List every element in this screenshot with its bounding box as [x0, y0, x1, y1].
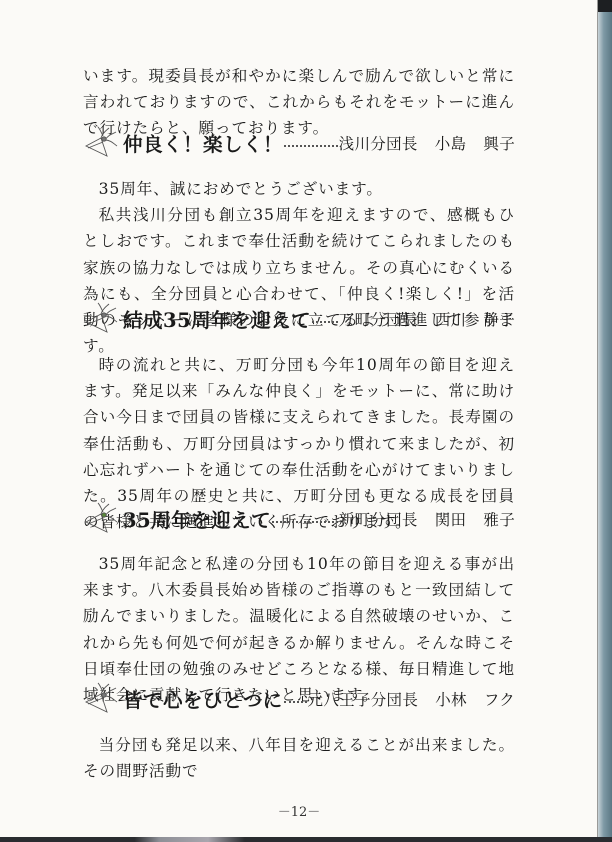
scan-background-edge [598, 0, 612, 842]
section-body: 当分団も発足以来、八年目を迎えることが出来ました。その間野活動で [83, 732, 515, 784]
scan-background-corner [598, 0, 612, 12]
paragraph-text: 当分団も発足以来、八年目を迎えることが出来ました。その間野活動で [83, 732, 515, 784]
section-author: 元八王子分団長小林フク [308, 688, 515, 710]
section-title: 皆で心をひとつに [123, 685, 283, 713]
author-role: 万町分団長 [339, 311, 418, 329]
author-given-name: 静子 [483, 311, 515, 329]
leader-dots [272, 521, 338, 523]
section-title: 35周年を迎えて [123, 505, 271, 533]
author-role: 浅川分団長 [339, 135, 418, 153]
paragraph-text: 35周年、誠におめでとうございます。 [83, 176, 515, 202]
author-role: 新町分団長 [339, 511, 418, 529]
lily-icon [83, 502, 121, 536]
section-heading: 結成35周年を迎えて 万町分団長西川静子 [83, 304, 515, 334]
document-page: います。現委員長が和やかに楽しんで励んで欲しいと常に言われておりますので、これか… [0, 0, 598, 838]
author-surname: 小林 [435, 691, 467, 709]
section-heading: 35周年を迎えて 新町分団長関田雅子 [83, 504, 515, 534]
author-given-name: フク [484, 691, 515, 709]
section-title: 結成35周年を迎えて [123, 305, 311, 333]
lily-icon [83, 126, 121, 160]
author-surname: 小島 [435, 135, 467, 153]
lily-icon [83, 302, 121, 336]
leader-dots [284, 145, 338, 147]
author-role: 元八王子分団長 [308, 691, 419, 709]
leader-dots [284, 701, 307, 703]
section-title: 仲良く！楽しく！ [123, 129, 283, 157]
section-heading: 仲良く！楽しく！ 浅川分団長小島興子 [83, 128, 515, 158]
author-given-name: 雅子 [483, 511, 515, 529]
section-heading: 皆で心をひとつに 元八王子分団長小林フク [83, 684, 515, 714]
author-surname: 関田 [435, 511, 467, 529]
scan-background-bottom [0, 837, 612, 842]
page-number: －12－ [0, 801, 598, 820]
lily-icon [83, 682, 121, 716]
section-author: 万町分団長西川静子 [339, 308, 515, 330]
author-given-name: 興子 [483, 135, 515, 153]
section-author: 浅川分団長小島興子 [339, 132, 515, 154]
paragraph-text: 私共浅川分団も創立35周年を迎えますので、感概もひとしおです。これまで奉仕活動を… [83, 202, 515, 359]
author-surname: 西川 [435, 311, 467, 329]
section-author: 新町分団長関田雅子 [339, 508, 515, 530]
leader-dots [312, 321, 338, 323]
